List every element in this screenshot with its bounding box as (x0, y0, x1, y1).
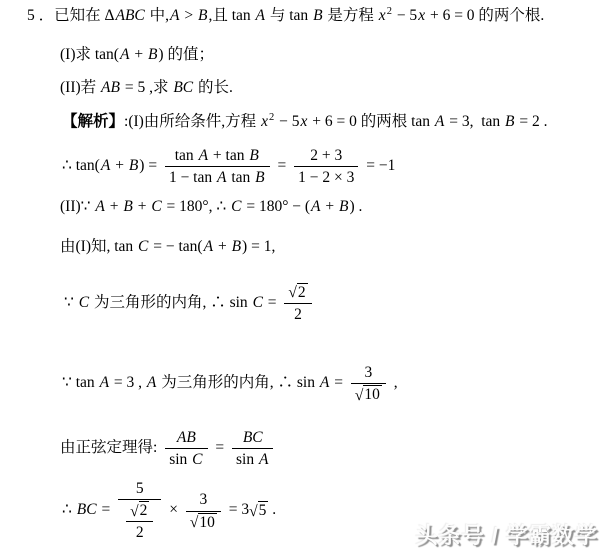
math-variable: C (230, 197, 242, 218)
text-run: + tan (209, 146, 248, 165)
text-run: 的长. (194, 78, 233, 99)
line-sin-a-value: ∵ tan A = 3 , A 为三角形的内角, ∴ sin A = 3√10 … (62, 363, 398, 404)
text-run: = (330, 373, 347, 394)
text-run: + 6 = 0 的两根 tan (308, 112, 434, 133)
denominator: √10 (186, 512, 221, 532)
text-run: . (268, 500, 276, 521)
text-run: ∴ (62, 500, 76, 521)
line-law-of-sines: 由正弦定理得: ABsin C = BCsin A (60, 428, 277, 470)
text-run: 与 tan (266, 6, 312, 27)
text-run: ∵ (64, 293, 78, 314)
line-analysis-roots: 【解析】:(I)由所给条件,方程 x2 − 5x + 6 = 0 的两根 tan… (62, 112, 548, 133)
radical-sign-icon: √ (190, 515, 199, 531)
text-run: 为三角形的内角, ∴ sin (90, 293, 251, 314)
text-run: ) = (139, 156, 161, 177)
text-run: ) = 1, (242, 237, 275, 258)
line-tan-sum-derivation: ∴ tan(A + B) = tan A + tan B1 − tan A ta… (62, 146, 395, 188)
math-variable: AB (176, 428, 197, 447)
square-root: √2 (130, 501, 149, 520)
text-run: ,且 tan (208, 6, 254, 27)
text-run: 3 (364, 363, 372, 382)
text-run: 为三角形的内角, ∴ sin (157, 373, 318, 394)
math-variable: B (338, 197, 349, 218)
radicand: 5 (258, 501, 269, 520)
text-run: = 3 (225, 500, 249, 521)
text-run: = (212, 438, 229, 459)
text-run: 5 ．已知在 (27, 6, 105, 27)
fraction: √22 (284, 283, 311, 324)
fraction: 5√22 (118, 479, 161, 543)
text-run: 10 (199, 514, 215, 531)
math-variable: B (122, 197, 133, 218)
text-run: 2 (140, 502, 148, 519)
math-variable: A (94, 197, 105, 218)
text-run: = 5 ,求 (121, 78, 172, 99)
math-variable: A (258, 450, 269, 469)
math-variable: B (231, 237, 242, 258)
superscript: 2 (387, 7, 392, 18)
square-root: √5 (249, 501, 268, 520)
math-variable: B (197, 6, 208, 27)
text-run: = 3, tan (445, 112, 504, 133)
math-variable: BC (172, 78, 194, 99)
math-variable: C (252, 293, 264, 314)
math-variable: A (203, 237, 214, 258)
radical-sign-icon: √ (355, 388, 364, 404)
math-variable: A (310, 197, 321, 218)
line-sin-c-value: ∵ C 为三角形的内角, ∴ sin C = √22 (64, 283, 316, 324)
math-variable: BC (76, 500, 98, 521)
math-variable: A (99, 373, 110, 394)
math-variable: x (378, 6, 387, 27)
math-variable: A (100, 156, 111, 177)
text-run: (II)若 (60, 78, 100, 99)
text-run: + (134, 197, 151, 218)
text-run: = 180°, ∴ (163, 197, 230, 218)
line-angle-sum-relation: (II)∵ A + B + C = 180°, ∴ C = 180° − (A … (60, 197, 362, 218)
text-run: 由正弦定理得: (60, 438, 161, 459)
fraction: 3√10 (186, 490, 221, 531)
math-variable: C (191, 450, 203, 469)
text-run: ∴ tan( (62, 156, 100, 177)
text-run: 5 (259, 502, 267, 519)
text-run: sin (169, 450, 191, 469)
text-run: Δ (105, 6, 115, 27)
text-run: (I)求 tan( (60, 45, 119, 66)
text-run: = (264, 293, 281, 314)
fraction: 3√10 (351, 363, 386, 404)
math-variable: x (417, 6, 426, 27)
text-run: = −1 (362, 156, 395, 177)
denominator: sin A (232, 449, 273, 469)
radical-sign-icon: √ (288, 285, 297, 301)
denominator: 1 − 2 × 3 (294, 167, 358, 187)
text-run: − 5 (275, 112, 299, 133)
math-variable: A (216, 168, 227, 187)
text-run: 是方程 (324, 6, 378, 27)
math-variable: A (146, 373, 157, 394)
radical-sign-icon: √ (249, 504, 258, 520)
math-variable: x (299, 112, 308, 133)
math-variable: C (137, 237, 149, 258)
line-tan-c-value: 由(I)知, tan C = − tan(A + B) = 1, (60, 237, 275, 258)
text-run: 中, (146, 6, 169, 27)
denominator: √10 (351, 384, 386, 404)
numerator: 3 (186, 490, 221, 511)
text-run: > (181, 6, 198, 27)
line-part1-question: (I)求 tan(A + B) 的值； (60, 45, 214, 66)
math-variable: BC (242, 428, 264, 447)
numerator: 3 (351, 363, 386, 384)
radicand: 10 (198, 513, 217, 532)
denominator: √22 (118, 500, 161, 542)
text-run: tan (175, 146, 198, 165)
math-variable: B (248, 146, 259, 165)
denominator: sin C (165, 449, 207, 469)
radicand: 10 (363, 385, 382, 404)
text-run: + (111, 156, 128, 177)
line-bc-result: ∴ BC = 5√22 × 3√10 = 3√5 . (62, 479, 276, 543)
radicand: 2 (297, 283, 308, 302)
text-run: + (322, 197, 339, 218)
radicand: 2 (139, 501, 150, 520)
square-root: √10 (190, 513, 217, 532)
text-run: = (274, 156, 291, 177)
math-variable: A (169, 6, 180, 27)
text-run: ∵ tan (62, 373, 99, 394)
text-run: 2 + 3 (310, 146, 342, 165)
text-run: × (165, 500, 182, 521)
text-run: 由(I)知, tan (60, 237, 137, 258)
text-run: 2 (298, 284, 306, 301)
text-run: 1 − tan (169, 168, 216, 187)
fraction: BCsin A (232, 428, 273, 470)
line-problem-statement: 5 ．已知在 ΔABC 中,A > B,且 tan A 与 tan B 是方程 … (27, 6, 544, 27)
text-run-bold: 【解析】 (62, 112, 124, 133)
numerator: tan A + tan B (165, 146, 270, 167)
math-variable: AB (100, 78, 121, 99)
text-run: + 6 = 0 的两个根. (426, 6, 544, 27)
math-variable: B (128, 156, 139, 177)
numerator: BC (232, 428, 273, 449)
text-run: = (98, 500, 115, 521)
numerator: √2 (126, 501, 153, 522)
text-run: ) . (349, 197, 362, 218)
numerator: 5 (118, 479, 161, 500)
fraction: 2 + 31 − 2 × 3 (294, 146, 358, 188)
math-variable: A (255, 6, 266, 27)
text-run: = − tan( (149, 237, 202, 258)
text-run: 3 (199, 490, 207, 509)
superscript: 2 (269, 113, 274, 124)
text-run: sin (236, 450, 258, 469)
square-root: √2 (288, 283, 307, 302)
fraction: tan A + tan B1 − tan A tan B (165, 146, 270, 188)
text-run: + (130, 45, 147, 66)
text-run: 5 (136, 479, 144, 498)
radical-sign-icon: √ (130, 504, 139, 520)
fraction: √22 (126, 501, 153, 542)
square-root: √10 (355, 385, 382, 404)
math-variable: C (78, 293, 90, 314)
numerator: 2 + 3 (294, 146, 358, 167)
fraction: ABsin C (165, 428, 207, 470)
text-run: = 2 . (516, 112, 548, 133)
math-variable: B (504, 112, 515, 133)
text-run: ) 的值； (158, 45, 214, 66)
denominator: 2 (126, 522, 153, 542)
text-run: − 5 (393, 6, 417, 27)
text-run: 2 (136, 523, 144, 542)
math-variable: A (119, 45, 130, 66)
text-run: 1 − 2 × 3 (298, 168, 354, 187)
text-run: , (390, 373, 398, 394)
numerator: √2 (284, 283, 311, 304)
math-variable: B (312, 6, 323, 27)
text-run: + (106, 197, 123, 218)
numerator: AB (165, 428, 207, 449)
text-run: = 3 , (110, 373, 146, 394)
text-run: + (214, 237, 231, 258)
text-run: 2 (294, 305, 302, 324)
line-part2-question: (II)若 AB = 5 ,求 BC 的长. (60, 78, 233, 99)
math-variable: C (150, 197, 162, 218)
math-variable: A (319, 373, 330, 394)
math-variable: A (198, 146, 209, 165)
text-run: 10 (364, 386, 380, 403)
text-run: :(I)由所给条件,方程 (124, 112, 260, 133)
watermark: 头条号 / 学霸数学 (416, 519, 598, 550)
math-variable: A (434, 112, 445, 133)
math-variable: B (147, 45, 158, 66)
math-variable: ABC (114, 6, 145, 27)
text-run: = 180° − ( (242, 197, 310, 218)
math-variable: B (254, 168, 265, 187)
denominator: 2 (284, 304, 311, 324)
math-variable: x (260, 112, 269, 133)
text-run: tan (227, 168, 254, 187)
text-run: (II)∵ (60, 197, 94, 218)
denominator: 1 − tan A tan B (165, 167, 270, 187)
